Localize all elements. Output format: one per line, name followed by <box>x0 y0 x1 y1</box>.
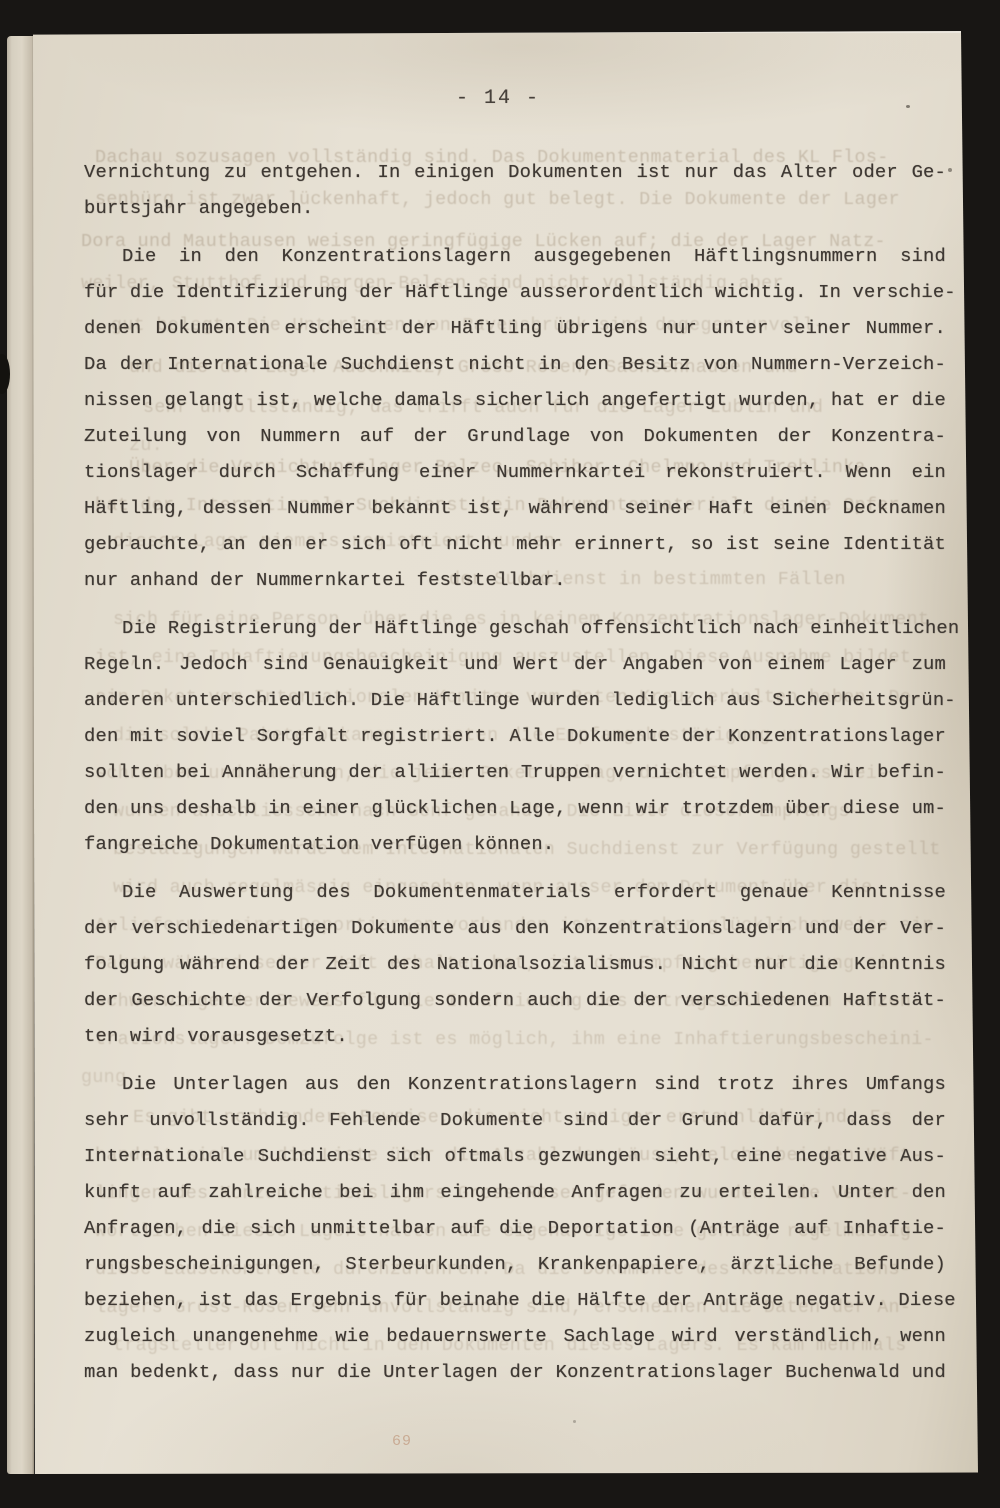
scanned-page: Dachau sozusagen vollständig sind. Das D… <box>33 31 978 1474</box>
text-line: fangreiche Dokumentation verfügen können… <box>84 826 946 862</box>
text-line: man bedenkt, dass nur die Unterlagen der… <box>84 1354 946 1390</box>
text-line: rungsbescheinigungen, Sterbeurkunden, Kr… <box>84 1246 946 1282</box>
scan-background: { "document": { "page_number_header": "-… <box>0 0 1000 1508</box>
underlying-page-edge <box>7 36 34 1474</box>
text-line: sehr unvollständig. Fehlende Dokumente s… <box>84 1102 946 1138</box>
text-line: Die Registrierung der Häftlinge geschah … <box>84 610 946 646</box>
text-line: kunft auf zahlreiche bei ihm eingehende … <box>84 1174 946 1210</box>
text-line: denen Dokumenten erscheint der Häftling … <box>84 310 946 346</box>
paragraph: Die Auswertung des Dokumentenmaterials e… <box>84 874 946 1054</box>
scan-speck <box>948 168 952 172</box>
text-line: nur anhand der Nummernkartei feststellba… <box>84 562 946 598</box>
text-line: Zuteilung von Nummern auf der Grundlage … <box>84 418 946 454</box>
text-line: Häftling, dessen Nummer bekannt ist, wäh… <box>84 490 946 526</box>
text-line: den mit soviel Sorgfalt registriert. All… <box>84 718 946 754</box>
text-line: nissen gelangt ist, welche damals sicher… <box>84 382 946 418</box>
text-line: gebrauchte, an den er sich oft nicht meh… <box>84 526 946 562</box>
scan-speck <box>906 105 910 108</box>
text-line: Die in den Konzentrationslagern ausgegeb… <box>84 238 946 274</box>
text-line: für die Identifizierung der Häftlinge au… <box>84 274 946 310</box>
text-line: sollten bei Annäherung der alliierten Tr… <box>84 754 946 790</box>
text-line: Regeln. Jedoch sind Genauigkeit und Wert… <box>84 646 946 682</box>
paragraph: Die Unterlagen aus den Konzentrationslag… <box>84 1066 946 1390</box>
page-number: - 14 - <box>33 87 963 110</box>
text-line: der Geschichte der Verfolgung sondern au… <box>84 982 946 1018</box>
document-body-text: Vernichtung zu entgehen. In einigen Doku… <box>84 154 946 1390</box>
text-line: Vernichtung zu entgehen. In einigen Doku… <box>84 154 946 190</box>
scan-speck <box>573 1420 576 1423</box>
paragraph: Die in den Konzentrationslagern ausgegeb… <box>84 238 946 598</box>
paragraph: Vernichtung zu entgehen. In einigen Doku… <box>84 154 946 226</box>
stamp-page-number: 69 <box>392 1433 412 1450</box>
text-line: ten wird vorausgesetzt. <box>84 1018 946 1054</box>
paragraph: Die Registrierung der Häftlinge geschah … <box>84 610 946 862</box>
text-line: burtsjahr angegeben. <box>84 190 946 226</box>
text-line: der verschiedenartigen Dokumente aus den… <box>84 910 946 946</box>
text-line: Internationale Suchdienst sich oftmals g… <box>84 1138 946 1174</box>
text-line: den uns deshalb in einer glücklichen Lag… <box>84 790 946 826</box>
text-line: beziehen, ist das Ergebnis für beinahe d… <box>84 1282 946 1318</box>
text-line: Da der Internationale Suchdienst nicht i… <box>84 346 946 382</box>
text-line: Die Auswertung des Dokumentenmaterials e… <box>84 874 946 910</box>
text-line: Anfragen, die sich unmittelbar auf die D… <box>84 1210 946 1246</box>
text-line: folgung während der Zeit des Nationalsoz… <box>84 946 946 982</box>
text-line: zugleich unangenehme wie bedauernswerte … <box>84 1318 946 1354</box>
text-line: tionslager durch Schaffung einer Nummern… <box>84 454 946 490</box>
text-line: Die Unterlagen aus den Konzentrationslag… <box>84 1066 946 1102</box>
text-line: anderen unterschiedlich. Die Häftlinge w… <box>84 682 946 718</box>
